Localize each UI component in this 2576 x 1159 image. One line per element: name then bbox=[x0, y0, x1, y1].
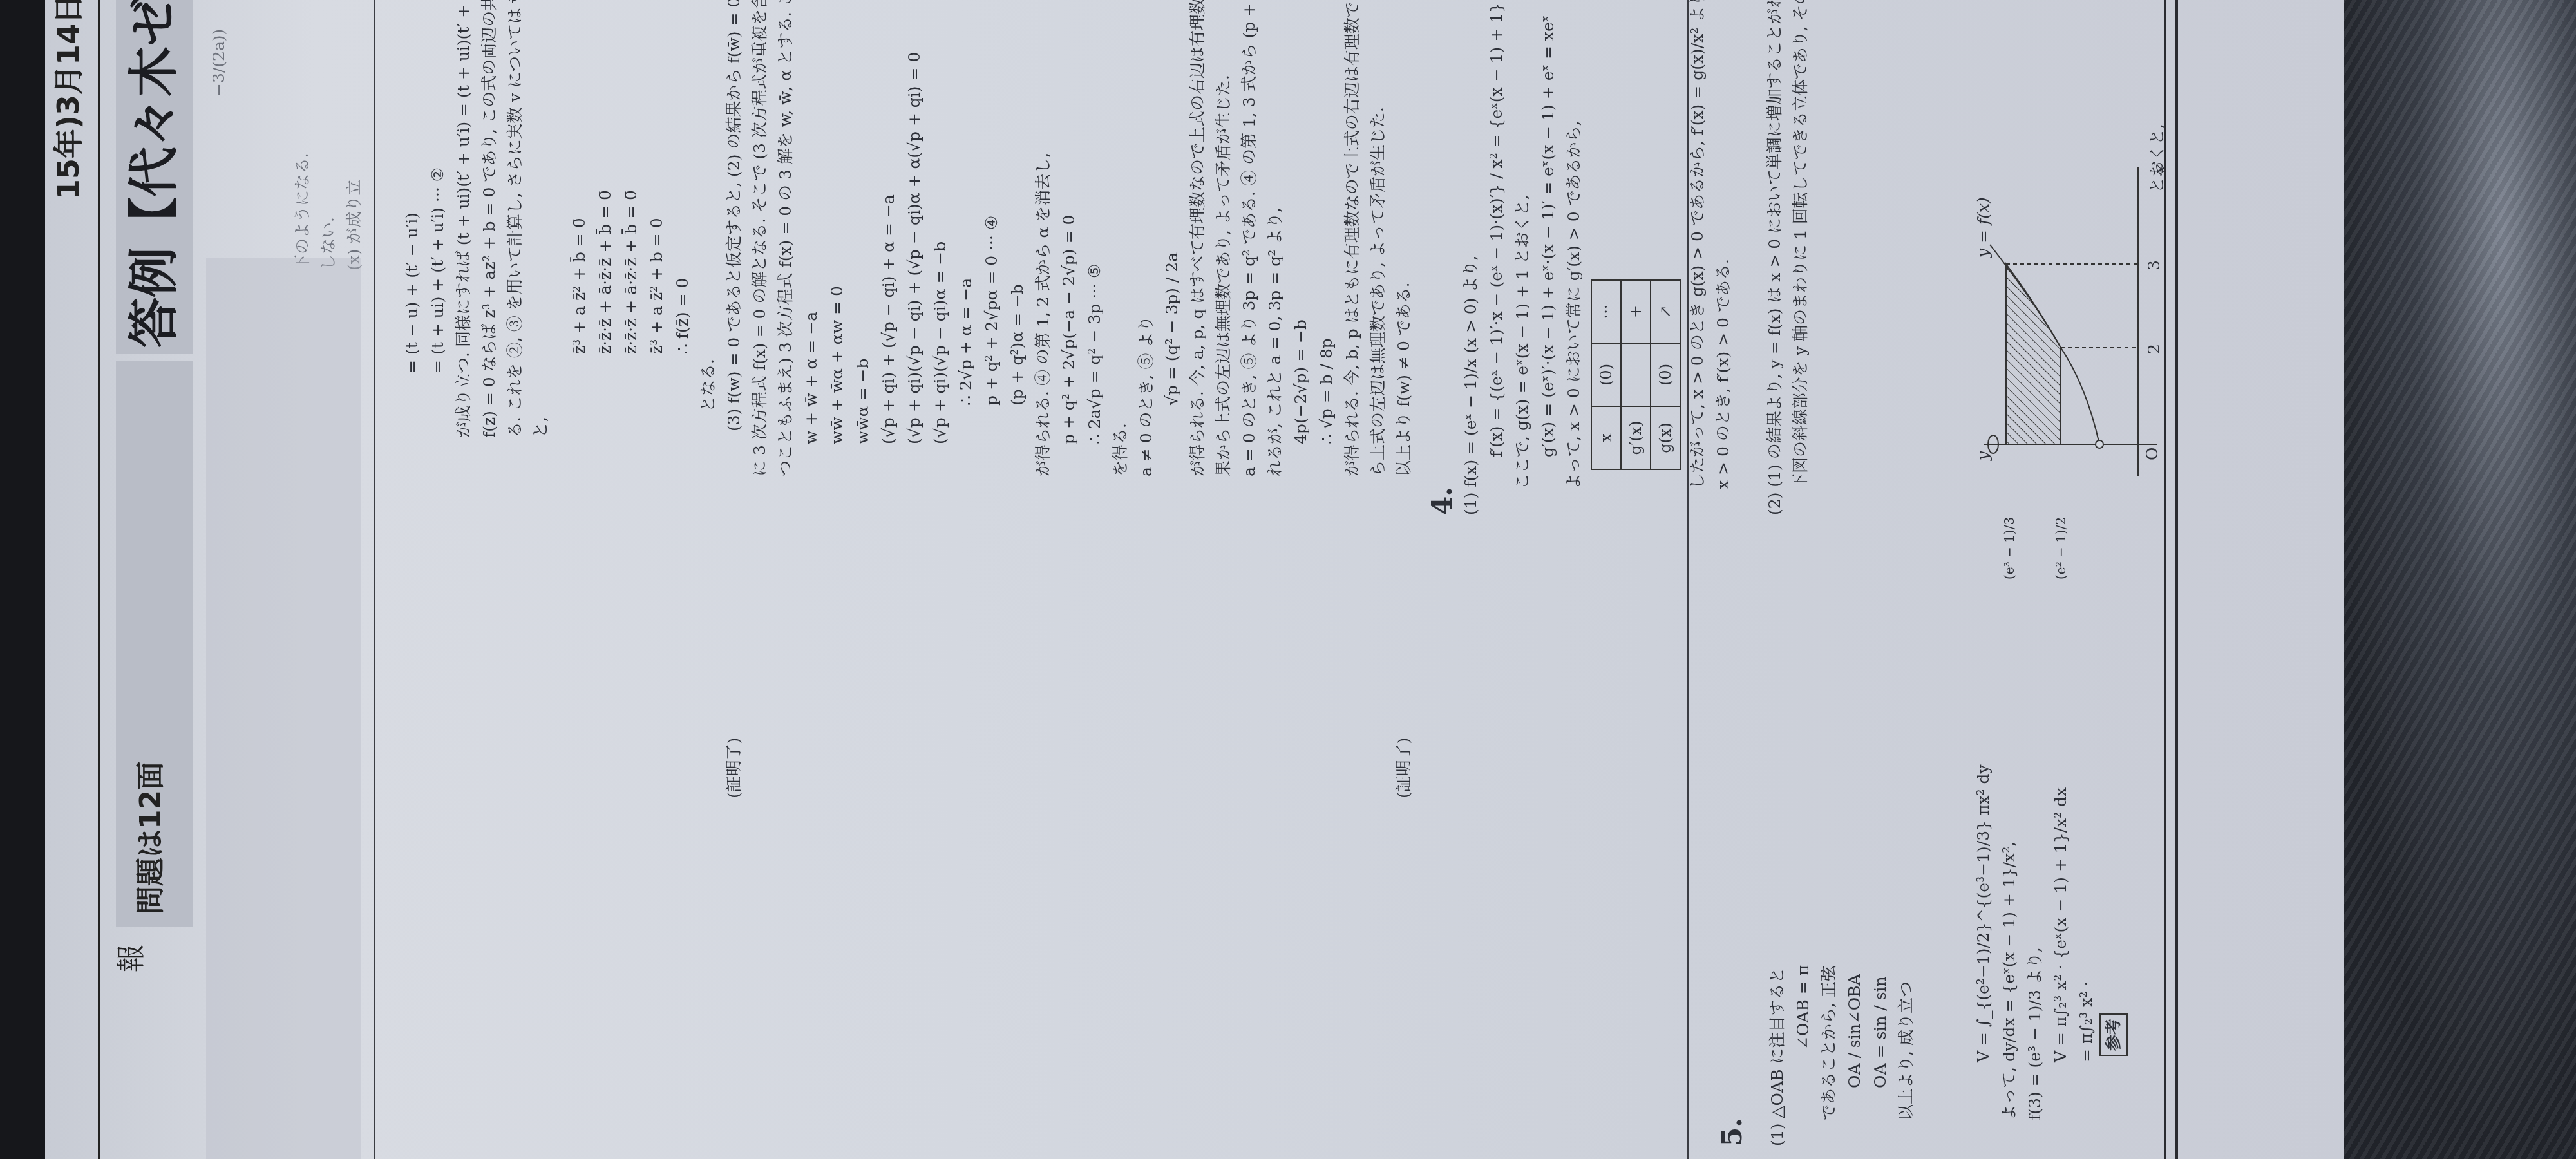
problem-page-ref: 問題は12面 bbox=[128, 762, 169, 914]
text-line: f(3) = (e³ − 1)/3 より, bbox=[2022, 764, 2048, 1120]
text-line: (3) f(w) = 0 であると仮定すると, (2) の結果から f(w̄) … bbox=[721, 90, 747, 1120]
section3-part3: (3) f(w) = 0 であると仮定すると, (2) の結果から f(w̄) … bbox=[721, 90, 747, 1120]
text-line: 下図の斜線部分を y 軸のまわりに 1 回転してできる立体であり, その体積を … bbox=[1788, 0, 1814, 515]
math-line: V = ∫_{(e²−1)/2}^{(e³−1)/3} πx² dy bbox=[1971, 764, 1996, 1120]
math-line: ww̄ + w̄α + αw = 0 bbox=[824, 0, 850, 502]
math-line: p + q² + 2√p(−a − 2√p) = 0 bbox=[1056, 0, 1082, 502]
math-line: = π∫₂³ x² · bbox=[2074, 764, 2099, 1120]
section5-number: 5. bbox=[1719, 1118, 1745, 1146]
text-line: x > 0 のとき, f′(x) > 0 である. bbox=[1710, 0, 1736, 515]
table-cell: (0) bbox=[1591, 343, 1621, 406]
origin-label: O bbox=[2139, 448, 2165, 461]
text-line: a ≠ 0 のとき, ⑤ より bbox=[1133, 0, 1159, 502]
text-line: る. これを ②, ③ を用いて計算し, さらに実数 v については v̄ = … bbox=[502, 39, 528, 1133]
math-line: OA = sin / sin bbox=[1868, 965, 1893, 1146]
math-line: (√p + qi)(√p − qi)α = −b bbox=[927, 0, 953, 502]
variation-table: x (0) ··· g′(x) + g(x) (0) ↗ bbox=[1591, 279, 1681, 470]
text-line: = (t − u) + (t′ − u′i) bbox=[399, 167, 425, 373]
text-line: a = 0 のとき, ⑤ より 3p = q² である. ④ の第 1, 3 式… bbox=[1236, 0, 1262, 502]
table-cell: x bbox=[1591, 406, 1621, 469]
section3-conjugate-derivation: z̄³ + a z̄² + b̄ = 0̄ z̄·z̄·z̄ + ā·z̄·z̄… bbox=[567, 190, 721, 412]
math-line: (√p + qi) + (√p − qi) + α = −a bbox=[876, 0, 902, 502]
math-line: ∴ √p = b / 8p bbox=[1314, 0, 1340, 502]
masthead-title: 答例【代々木ゼミナール】 bbox=[116, 0, 193, 354]
text-line: が得られる. 今, b, p はともに有理数なので上式の右辺は有理数である. と… bbox=[1340, 0, 1365, 502]
math-line: ww̄α = −b bbox=[850, 0, 876, 502]
open-point bbox=[2096, 440, 2103, 448]
faded-column-remnant bbox=[206, 258, 361, 1159]
text-line: であることから, 正弦 bbox=[1816, 965, 1842, 1146]
date-text: 15年)3月14日 bbox=[51, 0, 86, 200]
table-row: x (0) ··· bbox=[1591, 280, 1621, 469]
table-cell: + bbox=[1621, 280, 1651, 343]
text-line: が得られる. 今, a, p, q はすべて有理数なので上式の右辺は有理数である… bbox=[1185, 0, 1211, 502]
text-line: (1) f(x) = (eˣ − 1)/x (x > 0) より, bbox=[1458, 0, 1484, 515]
math-line: f′(x) = {(eˣ − 1)′·x − (eˣ − 1)·(x)′} / … bbox=[1484, 0, 1510, 515]
section4-number: 4. bbox=[1430, 0, 1455, 515]
column-divider-2 bbox=[1687, 0, 1689, 1159]
text-line: = (t + ui) + (t′ + u′i) ··· ② bbox=[425, 167, 451, 373]
text-line: f(z) = 0 ならば z³ + az² + b = 0 であり, この式の両… bbox=[477, 39, 502, 1133]
page-header: 15年)3月14日火曜日 毎日 新 聞 報 答例【代々木ゼミナール】 問題は12… bbox=[39, 0, 155, 1159]
table-cell: g′(x) bbox=[1621, 406, 1651, 469]
math-line: z̄³ + a z̄² + b = 0 bbox=[644, 190, 670, 412]
x-tick-3: 3 bbox=[2141, 260, 2167, 270]
text-line: ここで, g(x) = eˣ(x − 1) + 1 とおくと, bbox=[1510, 0, 1535, 515]
bottom-note: とおくと, bbox=[2145, 124, 2170, 193]
math-line: ∴ f(z̄) = 0 bbox=[670, 190, 696, 412]
cutoff-fragment-2: 下のようになる. bbox=[290, 153, 316, 270]
x-tick-2: 2 bbox=[2141, 344, 2167, 354]
math-line: (p + q²)α = −b bbox=[1005, 0, 1030, 502]
text-line: (2) (1) の結果より, y = f(x) は x > 0 において単調に増… bbox=[1762, 0, 1788, 515]
table-cell: ··· bbox=[1591, 280, 1621, 343]
text-line: 果から上式の左辺は無理数であり, よって矛盾が生じた. bbox=[1211, 0, 1236, 502]
section4-volume-calc: V = ∫_{(e²−1)/2}^{(e³−1)/3} πx² dy よって, … bbox=[1971, 764, 2099, 1120]
text-line: 以上より f(w) ≠ 0 である. bbox=[1391, 0, 1417, 502]
text-line: と, bbox=[528, 39, 554, 1133]
section3-text: が成り立つ. 同様にすれば (t + ui)(t′ + u′i) = (t + … bbox=[451, 39, 554, 1133]
math-line: 4p(−2√p) = −b bbox=[1288, 0, 1314, 502]
issue-date: 15年)3月14日火曜日 bbox=[45, 0, 88, 200]
y-axis-label: y bbox=[1971, 451, 1996, 460]
table-cell bbox=[1621, 343, 1651, 406]
table-cell: g(x) bbox=[1651, 406, 1680, 469]
text-line: よって, dy/dx = {eˣ(x − 1) + 1}/x², bbox=[1996, 764, 2022, 1120]
section5-column: (1) △OAB に注目すると ∠OAB = π であることから, 正弦 OA … bbox=[1765, 965, 1919, 1146]
paper-label-4: 報 bbox=[108, 944, 149, 972]
y-tick-lower: (e² − 1)/2 bbox=[2048, 517, 2074, 579]
table-row: g(x) (0) ↗ bbox=[1651, 280, 1680, 469]
cutoff-fragment-4: (x) が成り立 bbox=[341, 179, 367, 270]
text-line: に 3 次方程式 f(x) = 0 の解となる. そこで (3 次方程式が重複を… bbox=[747, 0, 773, 502]
math-line: √p = (q² − 3p) / 2a bbox=[1159, 0, 1185, 502]
text-line: (1) △OAB に注目すると bbox=[1765, 965, 1790, 1146]
curve-label: y = f(x) bbox=[1971, 197, 1996, 258]
text-line: が得られる. ④ の第 1, 2 式から α を消去し, bbox=[1030, 0, 1056, 502]
header-rule bbox=[98, 0, 100, 1159]
section3-top-column: = (t − u) + (t′ − u′i) = (t + ui) + (t′ … bbox=[399, 167, 451, 373]
hatched-region bbox=[2006, 264, 2061, 444]
column-divider-1 bbox=[374, 0, 375, 1159]
background-photo bbox=[2331, 0, 2576, 1159]
table-cell: ↗ bbox=[1651, 280, 1680, 343]
table-cell: (0) bbox=[1651, 343, 1680, 406]
math-line: g′(x) = (eˣ)′·(x − 1) + eˣ·(x − 1)′ = eˣ… bbox=[1535, 0, 1561, 515]
text-line: を得る. bbox=[1108, 0, 1133, 502]
math-line: z̄·z̄·z̄ + ā·z̄·z̄ + b̄ = 0̄ bbox=[592, 190, 618, 412]
cutoff-fragment-1: −3/(2a)) bbox=[206, 29, 232, 97]
y-tick-upper: (e³ − 1)/3 bbox=[1996, 517, 2022, 579]
section4: 4. (1) f(x) = (eˣ − 1)/x (x > 0) より, f′(… bbox=[1423, 0, 1814, 515]
math-line: z̄·z̄·z̄ + ā·z̄·z̄ + b̄ = 0̄ bbox=[618, 190, 644, 412]
math-line: w + w̄ + α = −a bbox=[799, 0, 824, 502]
text-line: れるが, これと a = 0, 3p = q² より, bbox=[1262, 0, 1288, 502]
qed-mark-3: (証明了) bbox=[1391, 737, 1417, 798]
text-line: ら上式の左辺は無理数であり, よって矛盾が生じた. bbox=[1365, 0, 1391, 502]
reference-note: 参考 bbox=[2099, 1013, 2128, 1056]
text-line: 以上より, 成り立つ bbox=[1893, 965, 1919, 1146]
math-line: p + q² + 2√pα = 0 ··· ④ bbox=[979, 0, 1005, 502]
rotated-page-content: 15年)3月14日火曜日 毎日 新 聞 報 答例【代々木ゼミナール】 問題は12… bbox=[39, 0, 2306, 1159]
text-line: が成り立つ. 同様にすれば (t + ui)(t′ + u′i) = (t + … bbox=[451, 39, 477, 1133]
math-line: z̄³ + a z̄² + b̄ = 0̄ bbox=[567, 190, 592, 412]
text-line: つこともふまえ) 3 次方程式 f(x) = 0 の 3 解を w, w̄, α… bbox=[773, 0, 799, 502]
math-line: OA / sin∠OBA bbox=[1842, 965, 1868, 1146]
math-line: (√p + qi)(√p − qi) + (√p − qi)α + α(√p +… bbox=[902, 0, 927, 502]
reference-badge: 参考 bbox=[2099, 1013, 2128, 1056]
text-line: となる. bbox=[696, 190, 721, 412]
volume-diagram bbox=[1971, 155, 2164, 515]
section3-part3-body: に 3 次方程式 f(x) = 0 の解となる. そこで (3 次方程式が重複を… bbox=[747, 0, 1417, 502]
math-line: V = π∫₂³ x² · {eˣ(x − 1) + 1}/x² dx bbox=[2048, 764, 2074, 1120]
qed-mark-4: (証明了) bbox=[1736, 0, 1762, 515]
text-line: よって, x > 0 において常に g′(x) > 0 であるから, bbox=[1561, 0, 1587, 515]
table-row: g′(x) + bbox=[1621, 280, 1651, 469]
section5-header: 5. bbox=[1713, 1118, 1748, 1146]
math-line: ∴ 2√p + α = −a bbox=[953, 0, 979, 502]
spacer bbox=[702, 0, 704, 1159]
math-line: ∴ 2a√p = q² − 3p ··· ⑤ bbox=[1082, 0, 1108, 502]
math-line: ∠OAB = π bbox=[1790, 965, 1816, 1146]
